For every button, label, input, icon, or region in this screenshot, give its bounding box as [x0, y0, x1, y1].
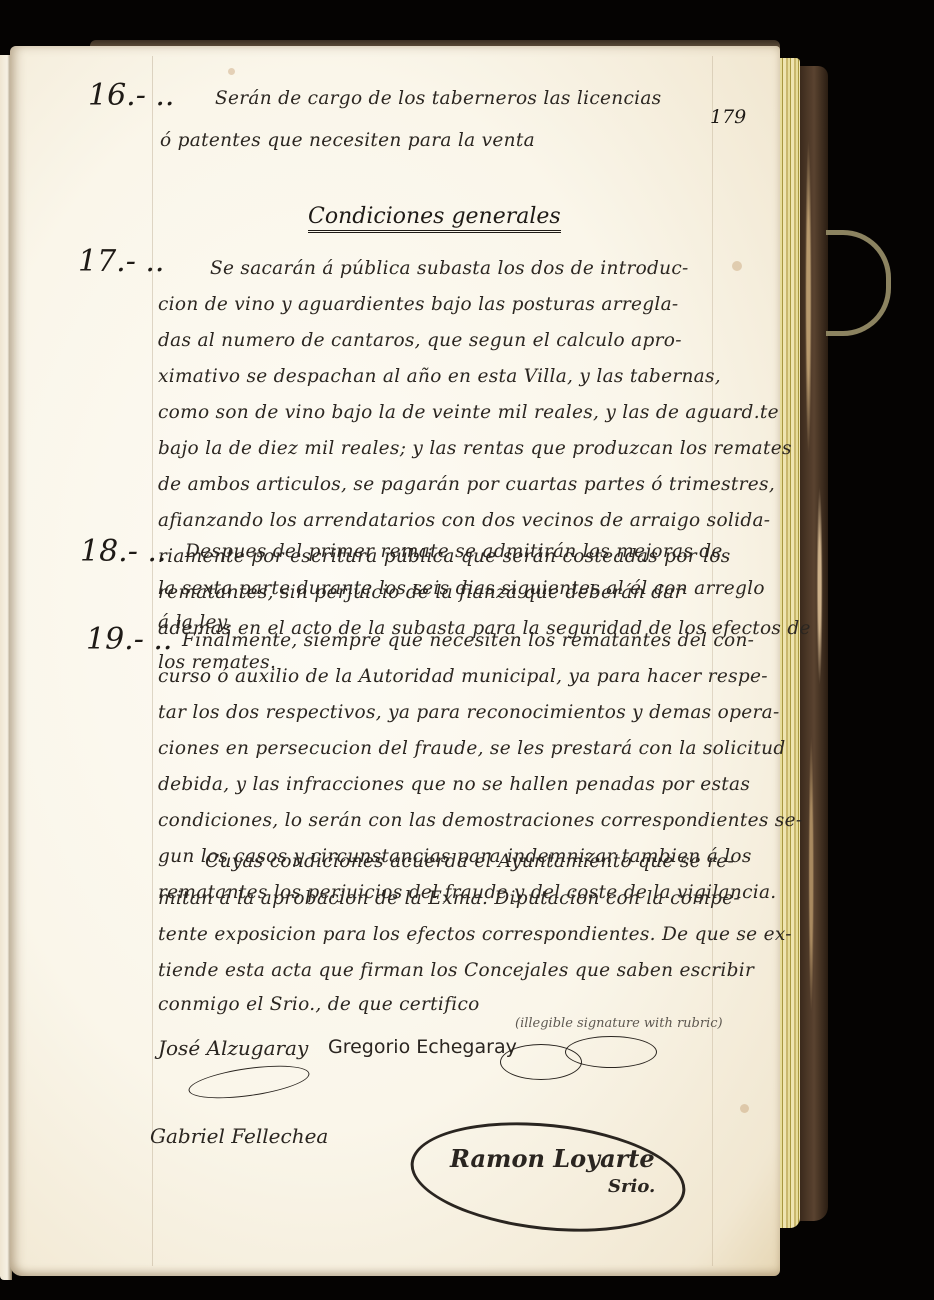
- foxing-stain: [740, 1104, 749, 1113]
- text-line: cion de vino y aguardientes bajo las pos…: [158, 294, 678, 315]
- section-heading: Condiciones generales: [308, 204, 561, 233]
- signature-rubric: [187, 1060, 312, 1105]
- clause-number: 17.- ..: [78, 244, 164, 279]
- text-line: tente exposicion para los efectos corres…: [158, 924, 792, 945]
- signature: Gabriel Fellechea: [150, 1124, 328, 1148]
- signature: (illegible signature with rubric): [515, 1016, 723, 1031]
- text-line: como son de vino bajo la de veinte mil r…: [158, 402, 779, 423]
- clause-number: 16.- ..: [88, 78, 174, 113]
- text-line: tar los dos respectivos, ya para reconoc…: [158, 702, 780, 723]
- clause-number: 18.- ..: [80, 534, 166, 569]
- text-line: ximativo se despachan al año en esta Vil…: [158, 366, 721, 387]
- text-line: la sexta parte durante los seis dias sig…: [158, 578, 765, 599]
- foxing-stain: [228, 68, 235, 75]
- text-line: mitan á la aprobacion de la Exma. Diputa…: [158, 888, 740, 909]
- text-line: Serán de cargo de los taberneros las lic…: [215, 88, 661, 109]
- foxing-stain: [732, 261, 742, 271]
- right-margin-rule: [712, 56, 713, 1266]
- text-line: debida, y las infracciones que no se hal…: [158, 774, 750, 795]
- text-line: Finalmente, siempre que necesiten los re…: [182, 630, 754, 651]
- left-margin-rule: [152, 56, 153, 1266]
- clause-number: 19.- ..: [86, 622, 172, 657]
- book-strap-loop: [826, 230, 891, 336]
- text-line: de ambos articulos, se pagarán por cuart…: [158, 474, 775, 495]
- text-line: conmigo el Srio., de que certifico: [158, 994, 480, 1015]
- text-line: Despues del primer remate se admitirán l…: [185, 541, 723, 562]
- text-line: condiciones, lo serán con las demostraci…: [158, 810, 802, 831]
- text-line: Se sacarán á pública subasta los dos de …: [210, 258, 689, 279]
- signature: Gregorio Echegaray: [328, 1036, 517, 1058]
- text-line: Cuyas condiciones acuerda el Ayuntamient…: [205, 851, 734, 872]
- text-line: tiende esta acta que firman los Concejal…: [158, 960, 754, 981]
- page-number: 179: [710, 106, 746, 128]
- secretary-title: Srio.: [608, 1176, 655, 1197]
- marbled-cover-edge: [800, 66, 828, 1221]
- signature-rubric: [565, 1036, 657, 1068]
- text-line: bajo la de diez mil reales; y las rentas…: [158, 438, 792, 459]
- text-line: curso ó auxilio de la Autoridad municipa…: [158, 666, 768, 687]
- text-line: ciones en persecucion del fraude, se les…: [158, 738, 786, 759]
- text-line: afianzando los arrendatarios con dos vec…: [158, 510, 770, 531]
- text-line: das al numero de cantaros, que segun el …: [158, 330, 682, 351]
- text-line: ó patentes que necesiten para la venta: [160, 130, 535, 151]
- signature: José Alzugaray: [158, 1036, 308, 1060]
- ledger-page: 179 16.- .. Serán de cargo de los tabern…: [10, 46, 780, 1276]
- secretary-signature: Ramon Loyarte: [450, 1144, 655, 1173]
